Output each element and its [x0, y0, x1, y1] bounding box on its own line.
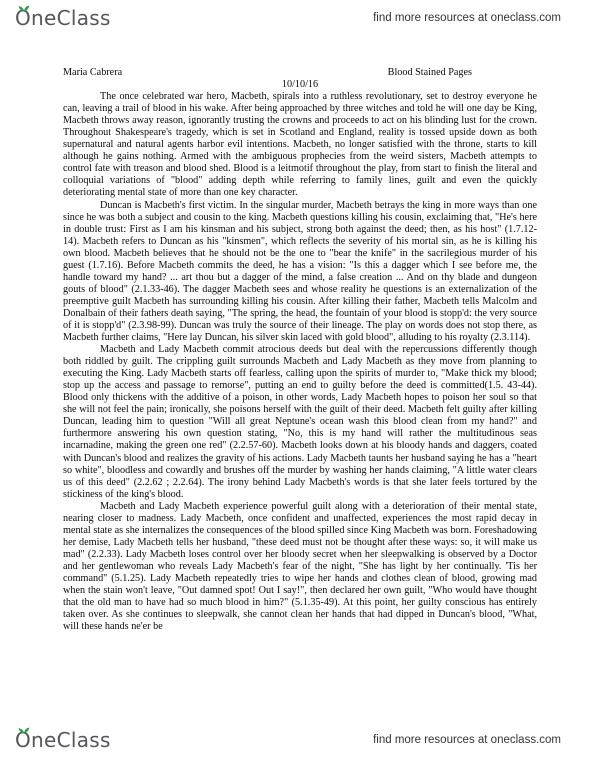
essay-document: Maria Cabrera Blood Stained Pages 10/10/… — [63, 67, 537, 633]
find-resources-link[interactable]: find more resources at oneclass.com — [373, 734, 561, 746]
bottom-banner: OneClass find more resources at oneclass… — [15, 727, 561, 753]
oneclass-logo: OneClass — [15, 730, 111, 751]
oneclass-logo: OneClass — [15, 8, 111, 29]
essay-paragraph: Macbeth and Lady Macbeth experience powe… — [63, 501, 537, 634]
find-resources-link[interactable]: find more resources at oneclass.com — [373, 12, 561, 24]
page: OneClass find more resources at oneclass… — [0, 0, 595, 770]
essay-paragraph: The once celebrated war hero, Macbeth, s… — [63, 91, 537, 199]
essay-paragraph: Macbeth and Lady Macbeth commit atrociou… — [63, 344, 537, 501]
sprout-icon — [18, 726, 30, 734]
sprout-icon — [18, 4, 30, 12]
essay-paragraph: Duncan is Macbeth's first victim. In the… — [63, 200, 537, 345]
document-title: Blood Stained Pages — [388, 67, 472, 79]
document-header: Maria Cabrera Blood Stained Pages — [63, 67, 537, 79]
document-date: 10/10/16 — [63, 79, 537, 91]
top-banner: OneClass find more resources at oneclass… — [15, 5, 561, 31]
author-name: Maria Cabrera — [63, 67, 122, 79]
